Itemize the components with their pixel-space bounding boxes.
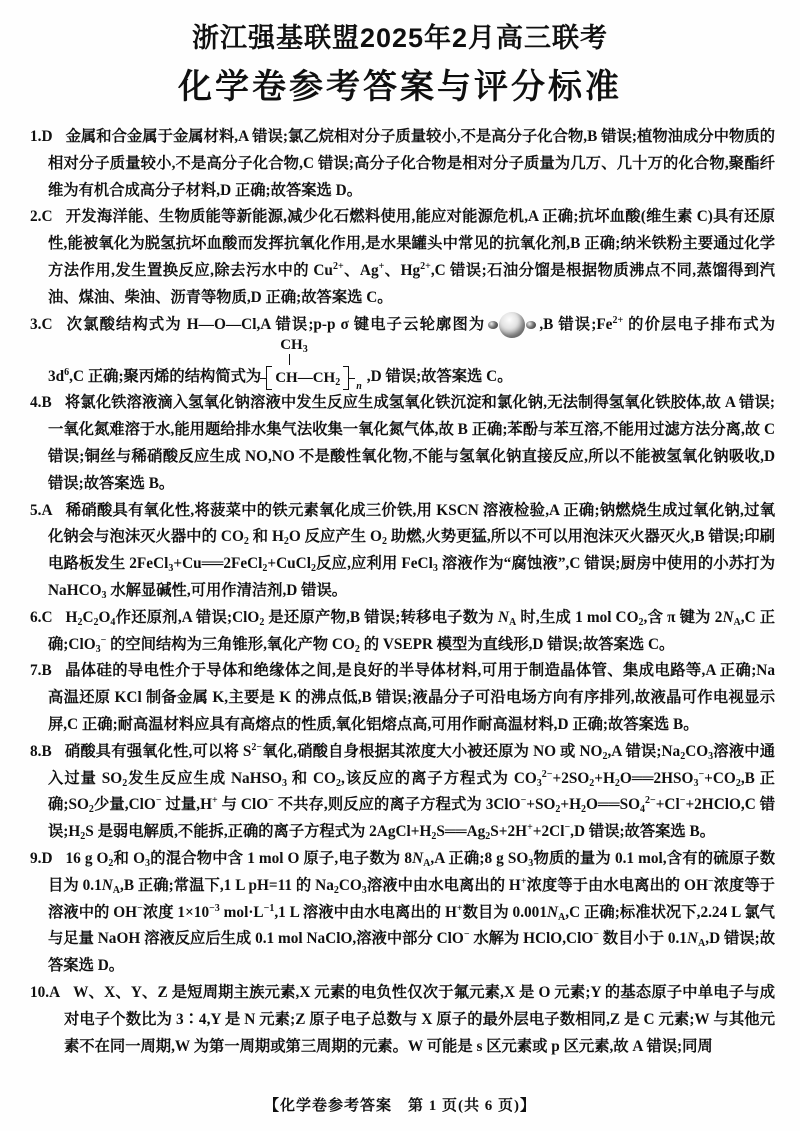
answer-text: 将氯化铁溶液滴入氢氧化钠溶液中发生反应生成氢氧化铁沉淀和氯化钠,无法制得氢氧化铁…: [48, 394, 775, 491]
answer-text: 次氯酸结构式为 H—O—Cl,A 错误;p-p σ 键电子云轮廓图为,B 错误;…: [48, 316, 775, 385]
document-header: 浙江强基联盟2025年2月高三联考 化学卷参考答案与评分标准: [0, 0, 800, 124]
exam-title: 浙江强基联盟2025年2月高三联考: [0, 16, 800, 55]
answer-label: 7.B: [30, 662, 52, 679]
answer-label: 3.C: [30, 316, 53, 333]
answer-list: 1.D金属和合金属于金属材料,A 错误;氯乙烷相对分子质量较小,不是高分子化合物…: [0, 124, 800, 1088]
answer-label: 8.B: [30, 743, 52, 760]
answer-item: 5.A稀硝酸具有氧化性,将菠菜中的铁元素氧化成三价铁,用 KSCN 溶液检验,A…: [30, 498, 775, 605]
answer-text: 稀硝酸具有氧化性,将菠菜中的铁元素氧化成三价铁,用 KSCN 溶液检验,A 正确…: [48, 502, 775, 599]
answer-item: 9.D16 g O2和 O3的混合物中含 1 mol O 原子,电子数为 8NA…: [30, 846, 775, 980]
single-bond-line: [289, 354, 290, 365]
orbital-sphere: [499, 312, 525, 338]
answer-item: 7.B晶体硅的导电性介于导体和绝缘体之间,是良好的半导体材料,可用于制造晶体管、…: [30, 658, 775, 738]
answer-text: W、X、Y、Z 是短周期主族元素,X 元素的电负性仅次于氟元素,X 是 O 元素…: [64, 984, 775, 1055]
answer-text: 金属和合金属于金属材料,A 错误;氯乙烷相对分子质量较小,不是高分子化合物,B …: [48, 128, 775, 199]
answer-label: 2.C: [30, 208, 53, 225]
answer-item: 10.AW、X、Y、Z 是短周期主族元素,X 元素的电负性仅次于氟元素,X 是 …: [30, 980, 775, 1060]
polymer-bracket-left: [266, 366, 272, 390]
polymer-repeat-unit: CH—CH2n: [266, 366, 362, 390]
p-p-sigma-electron-cloud-diagram: [488, 312, 536, 338]
answer-item: 1.D金属和合金属于金属材料,A 错误;氯乙烷相对分子质量较小,不是高分子化合物…: [30, 124, 775, 204]
answer-item: 2.C开发海洋能、生物质能等新能源,减少化石燃料使用,能应对能源危机,A 正确;…: [30, 204, 775, 311]
answer-key-title: 化学卷参考答案与评分标准: [0, 59, 800, 108]
answer-text: 开发海洋能、生物质能等新能源,减少化石燃料使用,能应对能源危机,A 正确;抗坏血…: [48, 208, 775, 305]
answer-text: 晶体硅的导电性介于导体和绝缘体之间,是良好的半导体材料,可用于制造晶体管、集成电…: [48, 662, 775, 733]
orbital-lobe: [526, 321, 536, 329]
document-page: 浙江强基联盟2025年2月高三联考 化学卷参考答案与评分标准 1.D金属和合金属…: [0, 0, 800, 1131]
answer-label: 9.D: [30, 850, 53, 867]
answer-item: 4.B将氯化铁溶液滴入氢氧化钠溶液中发生反应生成氢氧化铁沉淀和氯化钠,无法制得氢…: [30, 390, 775, 497]
polymer-bracket-right: [343, 366, 349, 390]
page-footer: 【化学卷参考答案 第 1 页(共 6 页)】: [0, 1088, 800, 1131]
polypropylene-condensed-formula: CH3CH—CH2n: [266, 338, 362, 390]
answer-item: 8.B硝酸具有强氧化性,可以将 S2−氧化,硝酸自身根据其浓度大小被还原为 NO…: [30, 739, 775, 846]
answer-text: H2C2O4作还原剂,A 错误;ClO2 是还原产物,B 错误;转移电子数为 N…: [48, 609, 775, 653]
answer-label: 4.B: [30, 394, 52, 411]
answer-label: 6.C: [30, 609, 53, 626]
answer-item: 6.CH2C2O4作还原剂,A 错误;ClO2 是还原产物,B 错误;转移电子数…: [30, 605, 775, 659]
answer-text: 硝酸具有强氧化性,可以将 S2−氧化,硝酸自身根据其浓度大小被还原为 NO 或 …: [48, 743, 775, 840]
answer-item: 3.C次氯酸结构式为 H—O—Cl,A 错误;p-p σ 键电子云轮廓图为,B …: [30, 312, 775, 391]
answer-label: 10.A: [30, 984, 60, 1001]
answer-text: 16 g O2和 O3的混合物中含 1 mol O 原子,电子数为 8NA,A …: [48, 850, 775, 974]
methyl-group-label: CH3: [280, 338, 308, 353]
backbone-formula: CH—CH2: [274, 370, 341, 387]
answer-label: 1.D: [30, 128, 53, 145]
answer-label: 5.A: [30, 502, 53, 519]
orbital-lobe: [488, 321, 498, 329]
